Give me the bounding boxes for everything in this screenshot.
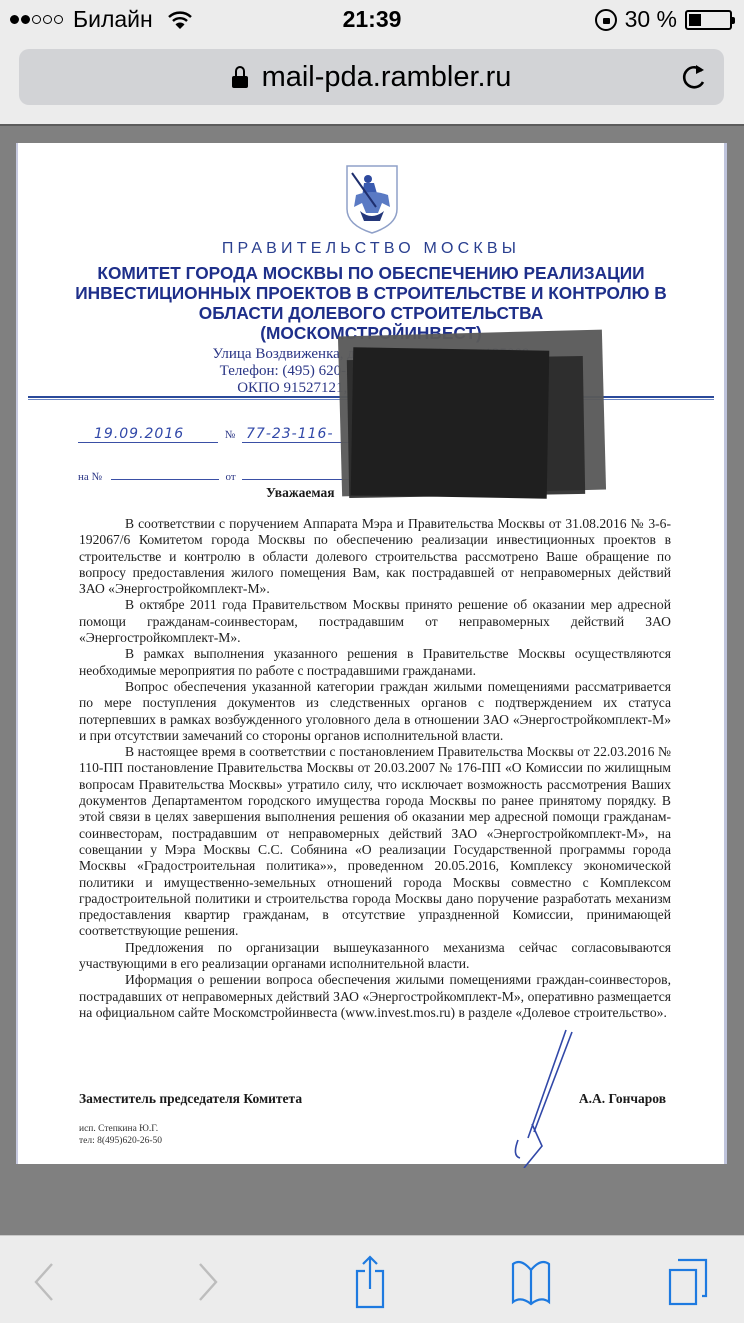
paragraph: В октябре 2011 года Правительством Москв…: [79, 597, 671, 646]
share-icon: [355, 1255, 385, 1309]
salutation: Уважаемая: [266, 485, 335, 501]
book-icon: [511, 1258, 551, 1306]
address-bar[interactable]: mail-pda.rambler.ru: [19, 49, 724, 105]
outgoing-registration: 19.09.2016 № 77-23-116-: [78, 426, 352, 443]
orientation-lock-icon: [595, 9, 617, 31]
from-label: от: [226, 471, 236, 483]
status-bar: Билайн 21:39 30 %: [0, 0, 744, 42]
document-page: ПРАВИТЕЛЬСТВО МОСКВЫ КОМИТЕТ ГОРОДА МОСК…: [16, 143, 727, 1164]
browser-toolbar: [0, 1235, 744, 1323]
incoming-reference: на № от: [78, 471, 352, 483]
moscow-coat-of-arms-icon: [344, 163, 400, 235]
executor-info: исп. Степкина Ю.Г. тел: 8(495)620-26-50: [79, 1123, 162, 1147]
tabs-icon: [668, 1258, 708, 1306]
battery-percent: 30 %: [625, 6, 677, 33]
committee-line: ИНВЕСТИЦИОННЫХ ПРОЕКТОВ В СТРОИТЕЛЬСТВЕ …: [18, 283, 724, 303]
paragraph: Вопрос обеспечения указанной категории г…: [79, 679, 671, 744]
bookmarks-button[interactable]: [503, 1254, 559, 1310]
tabs-button[interactable]: [660, 1254, 716, 1310]
redaction-block: [351, 347, 550, 498]
executor-phone: тел: 8(495)620-26-50: [79, 1135, 162, 1147]
lock-icon: [232, 69, 248, 89]
committee-name: КОМИТЕТ ГОРОДА МОСКВЫ ПО ОБЕСПЕЧЕНИЮ РЕА…: [18, 263, 724, 343]
committee-line: ОБЛАСТИ ДОЛЕВОГО СТРОИТЕЛЬСТВА: [18, 303, 724, 323]
forward-button[interactable]: [180, 1254, 236, 1310]
signatory-title: Заместитель председателя Комитета: [79, 1091, 302, 1107]
government-heading: ПРАВИТЕЛЬСТВО МОСКВЫ: [18, 240, 724, 258]
handwritten-signature-icon: [488, 1028, 588, 1168]
committee-line: КОМИТЕТ ГОРОДА МОСКВЫ ПО ОБЕСПЕЧЕНИЮ РЕА…: [18, 263, 724, 283]
letter-body: В соответствии с поручением Аппарата Мэр…: [79, 516, 671, 1021]
reload-icon[interactable]: [678, 61, 710, 93]
browser-navigation-area: mail-pda.rambler.ru: [0, 42, 744, 126]
paragraph: Предложения по организации вышеуказанног…: [79, 940, 671, 973]
chevron-left-icon: [32, 1262, 56, 1302]
battery-icon: [685, 10, 732, 30]
paragraph: Иформация о решении вопроса обеспечения …: [79, 972, 671, 1021]
number-label: №: [225, 429, 236, 441]
status-right: 30 %: [595, 6, 732, 33]
document-viewer[interactable]: ПРАВИТЕЛЬСТВО МОСКВЫ КОМИТЕТ ГОРОДА МОСК…: [0, 128, 744, 1236]
paragraph: В настоящее время в соответствии с поста…: [79, 744, 671, 940]
url-text[interactable]: mail-pda.rambler.ru: [262, 61, 512, 94]
paragraph: В рамках выполнения указанного решения в…: [79, 646, 671, 679]
reply-to-label: на №: [78, 471, 102, 483]
paragraph: В соответствии с поручением Аппарата Мэр…: [79, 516, 671, 597]
chevron-right-icon: [196, 1262, 220, 1302]
signatory-name: А.А. Гончаров: [579, 1091, 666, 1107]
back-button[interactable]: [16, 1254, 72, 1310]
share-button[interactable]: [342, 1254, 398, 1310]
number-handwritten: 77-23-116-: [246, 426, 334, 442]
executor-name: исп. Степкина Ю.Г.: [79, 1123, 162, 1135]
date-handwritten: 19.09.2016: [94, 426, 184, 442]
